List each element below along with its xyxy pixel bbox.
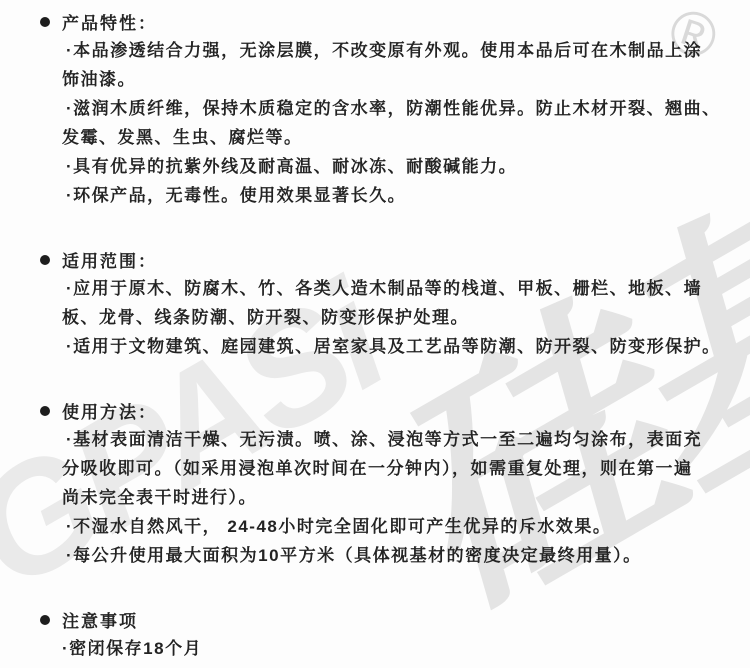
section-lines: ·本品渗透结合力强，无涂层膜，不改变原有外观。使用本品后可在木制品上涂饰油漆。·… [40, 36, 750, 210]
text-line: ·滋润木质纤维，保持木质稳定的含水率，防潮性能优异。防止木材开裂、翘曲、 [40, 94, 750, 123]
text-line: ·密闭保存18个月 [40, 634, 750, 663]
text-line: ·不湿水自然风干， 24-48小时完全固化即可产生优异的斥水效果。 [40, 512, 750, 541]
section-header: 使用方法： [40, 396, 750, 425]
section-header: 注意事项 [40, 605, 750, 634]
text-line: 尚未完全表干时进行）。 [40, 483, 750, 512]
text-line: 发霉、发黑、生虫、腐烂等。 [40, 123, 750, 152]
text-line: 饰油漆。 [40, 65, 750, 94]
text-line: ·适用于文物建筑、庭园建筑、居室家具及工艺品等防潮、防开裂、防变形保护。 [40, 332, 750, 361]
section: 使用方法： ·基材表面清洁干燥、无污渍。喷、涂、浸泡等方式一至二遍均匀涂布，表面… [40, 396, 750, 570]
section-header-label: 注意事项 [62, 607, 138, 632]
section-bullet-icon [40, 406, 50, 416]
text-line: 板、龙骨、线条防潮、防开裂、防变形保护处理。 [40, 303, 750, 332]
section-lines: ·基材表面清洁干燥、无污渍。喷、涂、浸泡等方式一至二遍均匀涂布，表面充分吸收即可… [40, 425, 750, 570]
section: 注意事项 ·密闭保存18个月 [40, 605, 750, 663]
section-bullet-icon [40, 615, 50, 625]
section-bullet-icon [40, 17, 50, 27]
text-line: ·每公升使用最大面积为10平方米（具体视基材的密度决定最终用量）。 [40, 541, 750, 570]
section: 适用范围： ·应用于原木、防腐木、竹、各类人造木制品等的栈道、甲板、栅栏、地板、… [40, 245, 750, 361]
text-line: ·基材表面清洁干燥、无污渍。喷、涂、浸泡等方式一至二遍均匀涂布，表面充 [40, 425, 750, 454]
text-line: ·本品渗透结合力强，无涂层膜，不改变原有外观。使用本品后可在木制品上涂 [40, 36, 750, 65]
section: 产品特性： ·本品渗透结合力强，无涂层膜，不改变原有外观。使用本品后可在木制品上… [40, 7, 750, 210]
section-header-label: 适用范围： [62, 247, 157, 272]
product-description-page: GPASi 硅基 ® 产品特性： ·本品渗透结合力强，无涂层膜，不改变原有外观。… [0, 0, 750, 668]
text-line: ·环保产品，无毒性。使用效果显著长久。 [40, 181, 750, 210]
text-line: ·具有优异的抗紫外线及耐高温、耐冰冻、耐酸碱能力。 [40, 152, 750, 181]
section-header-label: 产品特性： [62, 9, 157, 34]
section-bullet-icon [40, 255, 50, 265]
section-header-label: 使用方法： [62, 398, 157, 423]
section-header: 适用范围： [40, 245, 750, 274]
text-line: 分吸收即可。（如采用浸泡单次时间在一分钟内），如需重复处理，则在第一遍 [40, 454, 750, 483]
section-header: 产品特性： [40, 7, 750, 36]
section-lines: ·应用于原木、防腐木、竹、各类人造木制品等的栈道、甲板、栅栏、地板、墙板、龙骨、… [40, 274, 750, 361]
sections: 产品特性： ·本品渗透结合力强，无涂层膜，不改变原有外观。使用本品后可在木制品上… [0, 0, 750, 663]
text-line: ·应用于原木、防腐木、竹、各类人造木制品等的栈道、甲板、栅栏、地板、墙 [40, 274, 750, 303]
section-lines: ·密闭保存18个月 [40, 634, 750, 663]
